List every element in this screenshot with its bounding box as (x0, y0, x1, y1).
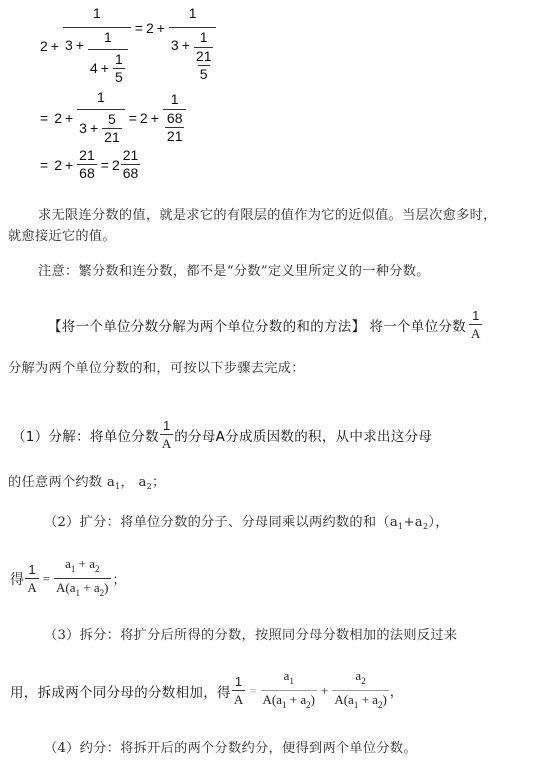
numerator: 1 (169, 92, 181, 109)
step-3-line-1: （3）拆分：将扩分后所得的分数，按照同分母分数相加的法则反过来 (44, 624, 457, 643)
whole-number: 3 (171, 38, 179, 53)
denominator: 4 + 1 5 (88, 49, 128, 85)
plus-a: + a (287, 692, 307, 707)
mixed-fraction: 21 68 (121, 148, 141, 181)
step-1-line-1: （1）分解：将单位分数 1 A 的分母A分成质因数的积，从中求出这分母 (12, 418, 432, 451)
denominator: A (469, 324, 482, 341)
plus-a: + a (358, 692, 378, 707)
semicolon: ； (152, 475, 166, 490)
continued-fraction-line-3: = 2 + 21 68 = 2 21 68 (40, 148, 141, 181)
numerator: 1 (91, 6, 103, 27)
note-paragraph: 注意：繁分数和连分数，都不是“分数”定义里所定义的一种分数。 (38, 260, 430, 279)
equals-sign: = (135, 20, 143, 36)
step-2-text: （2）扩分：将单位分数的分子、分母同乘以两约数的和（a (44, 515, 398, 530)
plus-sign: + (157, 20, 165, 36)
divisors-text: 的任意两个约数 a (8, 475, 115, 490)
subscript: 2 (95, 564, 100, 574)
step-4-line: （4）约分：将拆开后的两个分数约分，便得到两个单位分数。 (44, 737, 417, 756)
fraction: 21 68 (77, 148, 97, 181)
step-3-prefix: 用，拆成两个同分母的分数相加，得 (10, 681, 231, 701)
plus-sign: + (101, 61, 109, 76)
denominator: A (232, 690, 245, 707)
result-prefix: 得 (10, 569, 24, 589)
numerator: 1 (113, 52, 125, 68)
denominator: 68 (121, 164, 141, 181)
whole-number: 2 (40, 38, 48, 54)
whole-number: 3 (79, 121, 87, 136)
paragraph-approximation-line-2: 就愈接近它的值。 (8, 225, 116, 244)
plus-sign: + (182, 38, 190, 53)
denominator: 3 + 1 21 5 (169, 27, 217, 82)
numerator: 1 (95, 90, 107, 109)
equals-sign: = (129, 110, 137, 126)
semicolon: ； (113, 569, 126, 588)
denominator: A(a1 + a2) (332, 690, 388, 713)
numerator: 21 (77, 148, 97, 164)
den-prefix: A(a (263, 692, 283, 707)
denominator: 21 (165, 127, 185, 144)
denominator: 68 21 (163, 109, 187, 144)
fraction: 1 68 21 (163, 92, 187, 144)
step-1-suffix: 的分母A分成质因数的积，从中求出这分母 (174, 425, 432, 445)
denominator: A(a1 + a2) (261, 690, 317, 713)
method-heading: 【将一个单位分数分解为两个单位分数的和的方法】 (48, 315, 365, 335)
method-intro-continued: 分解为两个单位分数的和，可按以下步骤去完成： (8, 357, 305, 376)
outer-fraction-rhs: 1 3 + 1 21 5 (169, 6, 217, 82)
denominator: 3 + 1 4 + 1 5 (63, 27, 131, 85)
numerator: 1 (470, 308, 481, 324)
denominator: 5 (113, 68, 125, 85)
paragraph-approximation-line-1: 求无限连分数的值，就是求它的有限层的值作为它的近似值。当层次愈多时， (38, 204, 497, 223)
numerator: 5 (106, 112, 118, 128)
denominator: A(a1 + a2) (54, 578, 110, 601)
denominator: A (25, 578, 38, 595)
denominator: 3 + 5 21 (77, 109, 125, 145)
method-intro: 将一个单位分数 (369, 315, 466, 335)
whole-number: 3 (65, 38, 73, 53)
numerator: 1 (233, 674, 244, 690)
outer-fraction: 1 3 + 1 4 + 1 5 (63, 6, 131, 85)
step-1-line-2: 的任意两个约数 a1， a2； (8, 471, 166, 491)
equals-sign: = (43, 571, 50, 587)
den-prefix: A(a (334, 692, 354, 707)
unit-fraction: 1 A (160, 418, 173, 451)
close-paren: ) (311, 692, 315, 707)
comma: ， (390, 681, 403, 700)
numerator: 21 (196, 49, 212, 65)
plus-sign: + (51, 38, 59, 54)
mixed-whole: 2 (112, 157, 120, 173)
numerator: 1 (198, 30, 210, 47)
unit-fraction: 1 A (469, 308, 482, 341)
subscript: 2 (361, 676, 366, 686)
plus-sign: + (65, 110, 73, 126)
plus-a: + a (80, 580, 100, 595)
denominator: 21 (102, 128, 122, 145)
unit-fraction: 1 A (25, 562, 38, 595)
close-paren: ) (382, 692, 386, 707)
plus-sign: + (76, 38, 84, 53)
whole-number: 2 (140, 110, 148, 126)
separator: ， a (120, 475, 146, 490)
equals-sign: = (40, 110, 48, 126)
den-prefix: A(a (56, 580, 76, 595)
plus-sign: + (90, 121, 98, 136)
nested-fraction: 1 21 5 (194, 30, 214, 82)
numerator: 1 (161, 418, 172, 434)
expanded-fraction: a1 + a2 A(a1 + a2) (54, 556, 110, 601)
numerator: a2 (353, 668, 367, 690)
plus-sign: + (151, 110, 159, 126)
plus-sign: + (321, 683, 328, 699)
numerator: a1 + a2 (63, 556, 101, 578)
close-paren: ）， (428, 515, 448, 530)
subscript: 1 (289, 676, 294, 686)
whole-number: 2 (54, 110, 62, 126)
unit-fraction: 1 A (232, 674, 245, 707)
numerator: 1 (26, 562, 37, 578)
fraction: 1 3 + 5 21 (77, 90, 125, 145)
split-fraction-1: a1 A(a1 + a2) (261, 668, 317, 713)
step-2-line-1: （2）扩分：将单位分数的分子、分母同乘以两约数的和（a1+a2）， (44, 511, 449, 531)
numerator: a1 (282, 668, 296, 690)
whole-number: 2 (54, 157, 62, 173)
numerator: 68 (167, 111, 183, 127)
nested-fraction: 5 21 (102, 112, 122, 145)
equals-sign: = (101, 157, 109, 173)
whole-number: 4 (90, 61, 98, 76)
continued-fraction-line-1: 2 + 1 3 + 1 4 + 1 5 = 2 + 1 3 (40, 6, 217, 85)
close-paren: ) (104, 580, 108, 595)
nested-fraction: 1 4 + 1 5 (88, 30, 128, 85)
numerator: 1 (187, 6, 199, 27)
innermost-fraction: 1 5 (113, 52, 125, 85)
denominator: 68 (77, 164, 97, 181)
continued-fraction-line-2: = 2 + 1 3 + 5 21 = 2 + 1 68 21 (40, 90, 187, 145)
step-3-formula: 用，拆成两个同分母的分数相加，得 1 A = a1 A(a1 + a2) + a… (10, 668, 403, 713)
split-fraction-2: a2 A(a1 + a2) (332, 668, 388, 713)
numerator: 21 (121, 148, 141, 164)
whole-number: 2 (146, 20, 154, 36)
method-heading-line: 【将一个单位分数分解为两个单位分数的和的方法】 将一个单位分数 1 A (48, 308, 483, 341)
equals-sign: = (249, 683, 256, 699)
plus-a: + a (75, 556, 95, 571)
denominator: 21 5 (194, 47, 214, 82)
step-1-prefix: （1）分解：将单位分数 (12, 425, 159, 445)
denominator: 5 (198, 65, 210, 82)
step-2-formula: 得 1 A = a1 + a2 A(a1 + a2) ； (10, 556, 126, 601)
numerator: 1 (102, 30, 114, 49)
denominator: A (160, 434, 173, 451)
plus-sign: + (65, 157, 73, 173)
equals-sign: = (40, 157, 48, 173)
plus-a: +a (403, 515, 423, 530)
